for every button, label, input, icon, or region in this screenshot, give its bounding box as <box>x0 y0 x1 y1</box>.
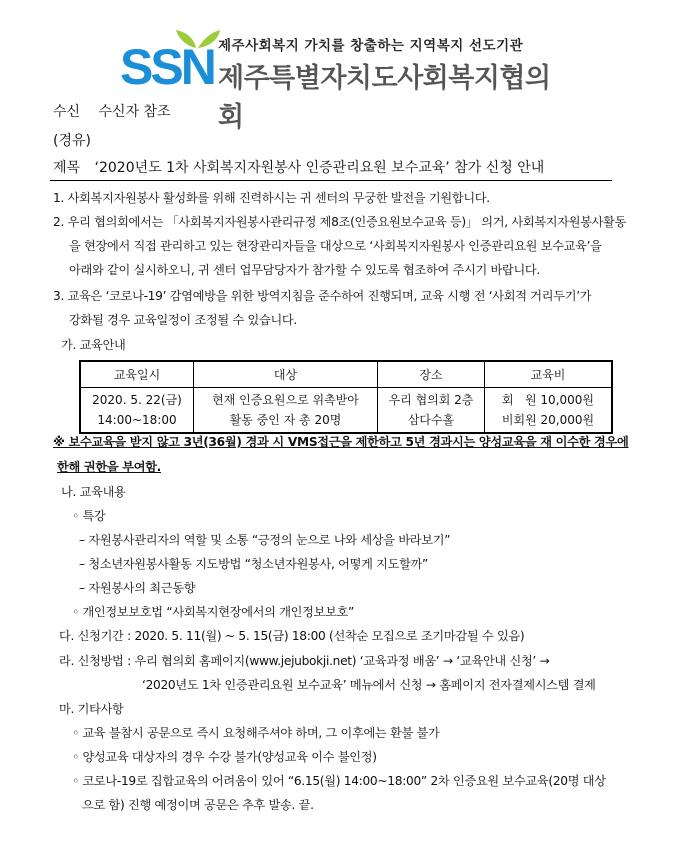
target-line-1: 현재 인증요원으로 위촉받아 <box>194 390 377 410</box>
place-line-1: 우리 협의회 2층 <box>378 390 484 410</box>
slogan: 제주사회복지 가치를 창출하는 지역복지 선도기관 <box>218 34 523 54</box>
misc-item: ◦ 양성교육 대상자의 경우 수강 불가(양성교육 이수 불인정) <box>72 748 377 765</box>
application-method-line-1: 라. 신청방법 : 우리 협의회 홈페이지(www.jejubokji.net)… <box>59 652 549 669</box>
header-date: 교육일시 <box>80 361 194 388</box>
cell-target: 현재 인증요원으로 위촉받아 활동 중인 자 총 20명 <box>194 388 378 434</box>
misc-item: ◦ 코로나-19로 집합교육의 어려움이 있어 “6.15(월) 14:00~1… <box>72 772 606 789</box>
misc-item-continuation: 으로 함) 진행 예정이며 공문은 추후 발송. 끝. <box>82 796 314 813</box>
paragraph-2-line-3: 아래와 같이 실시하오니, 귀 센터 업무담당자가 참가할 수 있도록 협조하여… <box>69 261 540 278</box>
lecture-item: – 청소년자원봉사활동 지도방법 “청소년자원봉사, 어떻게 지도할까” <box>79 555 428 572</box>
recipient-value: 수신자 참조 <box>99 104 171 120</box>
application-method-line-2: ‘2020년도 1차 인증관리요원 보수교육’ 메뉴에서 신청 → 홈페이지 전… <box>142 676 596 693</box>
header-fee: 교육비 <box>485 361 613 388</box>
organization-name: 제주특별자치도사회복지협의회 <box>218 56 558 134</box>
cell-date: 2020. 5. 22(금) 14:00~18:00 <box>80 388 194 434</box>
application-period: 다. 신청기간 : 2020. 5. 11(월) ~ 5. 15(금) 18:0… <box>59 627 524 644</box>
lecture-item: – 자원봉사관리자의 역할 및 소통 “긍정의 눈으로 나와 세상을 바라보기” <box>79 531 450 548</box>
paragraph-1: 1. 사회복지자원봉사 활성화를 위해 진력하시는 귀 센터의 무궁한 발전을 … <box>53 189 490 206</box>
cell-place: 우리 협의회 2층 삼다수홀 <box>378 388 485 434</box>
header-place: 장소 <box>378 361 485 388</box>
date-value: 2020. 5. 22(금) <box>81 390 193 410</box>
special-lecture: ◦ 특강 <box>72 507 105 524</box>
subject-divider <box>50 180 612 181</box>
privacy-lecture: ◦ 개인정보보호법 “사회복지현장에서의 개인정보보호” <box>72 603 354 620</box>
section-ga-title: 가. 교육안내 <box>61 336 126 353</box>
paragraph-2-line-1: 2. 우리 협의회에서는 「사회복지자원봉사관리규정 제8조(인증요원보수교육 … <box>53 213 626 230</box>
paragraph-3-line-2: 강화될 경우 교육일정이 조정될 수 있습니다. <box>69 311 297 328</box>
section-na-title: 나. 교육내용 <box>61 483 126 500</box>
fee-member: 회 원 10,000원 <box>485 390 611 410</box>
subject-line: 제목 ‘2020년도 1차 사회복지자원봉사 인증관리요원 보수교육’ 참가 신… <box>53 157 544 177</box>
subject-label: 제목 <box>53 160 80 176</box>
note-line-1: ※ 보수교육을 받지 않고 3년(36월) 경과 시 VMS접근을 제한하고 5… <box>53 433 628 450</box>
paragraph-2-line-2: 을 현장에서 직접 관리하고 있는 현장관리자들을 대상으로 ‘사회복지자원봉사… <box>69 237 602 254</box>
header-target: 대상 <box>194 361 378 388</box>
organization-logo: SSN 제주사회복지 가치를 창출하는 지역복지 선도기관 제주특별자치도사회복… <box>118 28 558 92</box>
cell-fee: 회 원 10,000원 비회원 20,000원 <box>485 388 613 434</box>
fee-nonmember: 비회원 20,000원 <box>485 410 611 430</box>
recipient-line: 수신 수신자 참조 <box>53 101 171 121</box>
paragraph-3-line-1: 3. 교육은 ‘코로나-19’ 감염예방을 위한 방역지침을 준수하여 진행되며… <box>53 287 591 304</box>
time-value: 14:00~18:00 <box>81 410 193 430</box>
lecture-item: – 자원봉사의 최근동향 <box>79 579 195 596</box>
misc-item: ◦ 교육 불참시 공문으로 즉시 요청해주셔야 하며, 그 이후에는 환불 불가 <box>72 724 439 741</box>
table-header-row: 교육일시 대상 장소 교육비 <box>80 361 612 388</box>
section-ma-title: 마. 기타사항 <box>59 700 124 717</box>
table-row: 2020. 5. 22(금) 14:00~18:00 현재 인증요원으로 위촉받… <box>80 388 612 434</box>
via-line: (경유) <box>53 130 91 150</box>
note-line-2: 한해 권한을 부여함. <box>57 458 161 475</box>
education-info-table: 교육일시 대상 장소 교육비 2020. 5. 22(금) 14:00~18:0… <box>79 360 613 434</box>
logo-ssn-text: SSN <box>120 42 214 92</box>
subject-value: ‘2020년도 1차 사회복지자원봉사 인증관리요원 보수교육’ 참가 신청 안… <box>95 160 545 176</box>
ssn-logo-mark: SSN <box>118 28 220 92</box>
target-line-2: 활동 중인 자 총 20명 <box>194 410 377 430</box>
recipient-label: 수신 <box>53 104 80 120</box>
place-line-2: 삼다수홀 <box>378 410 484 430</box>
